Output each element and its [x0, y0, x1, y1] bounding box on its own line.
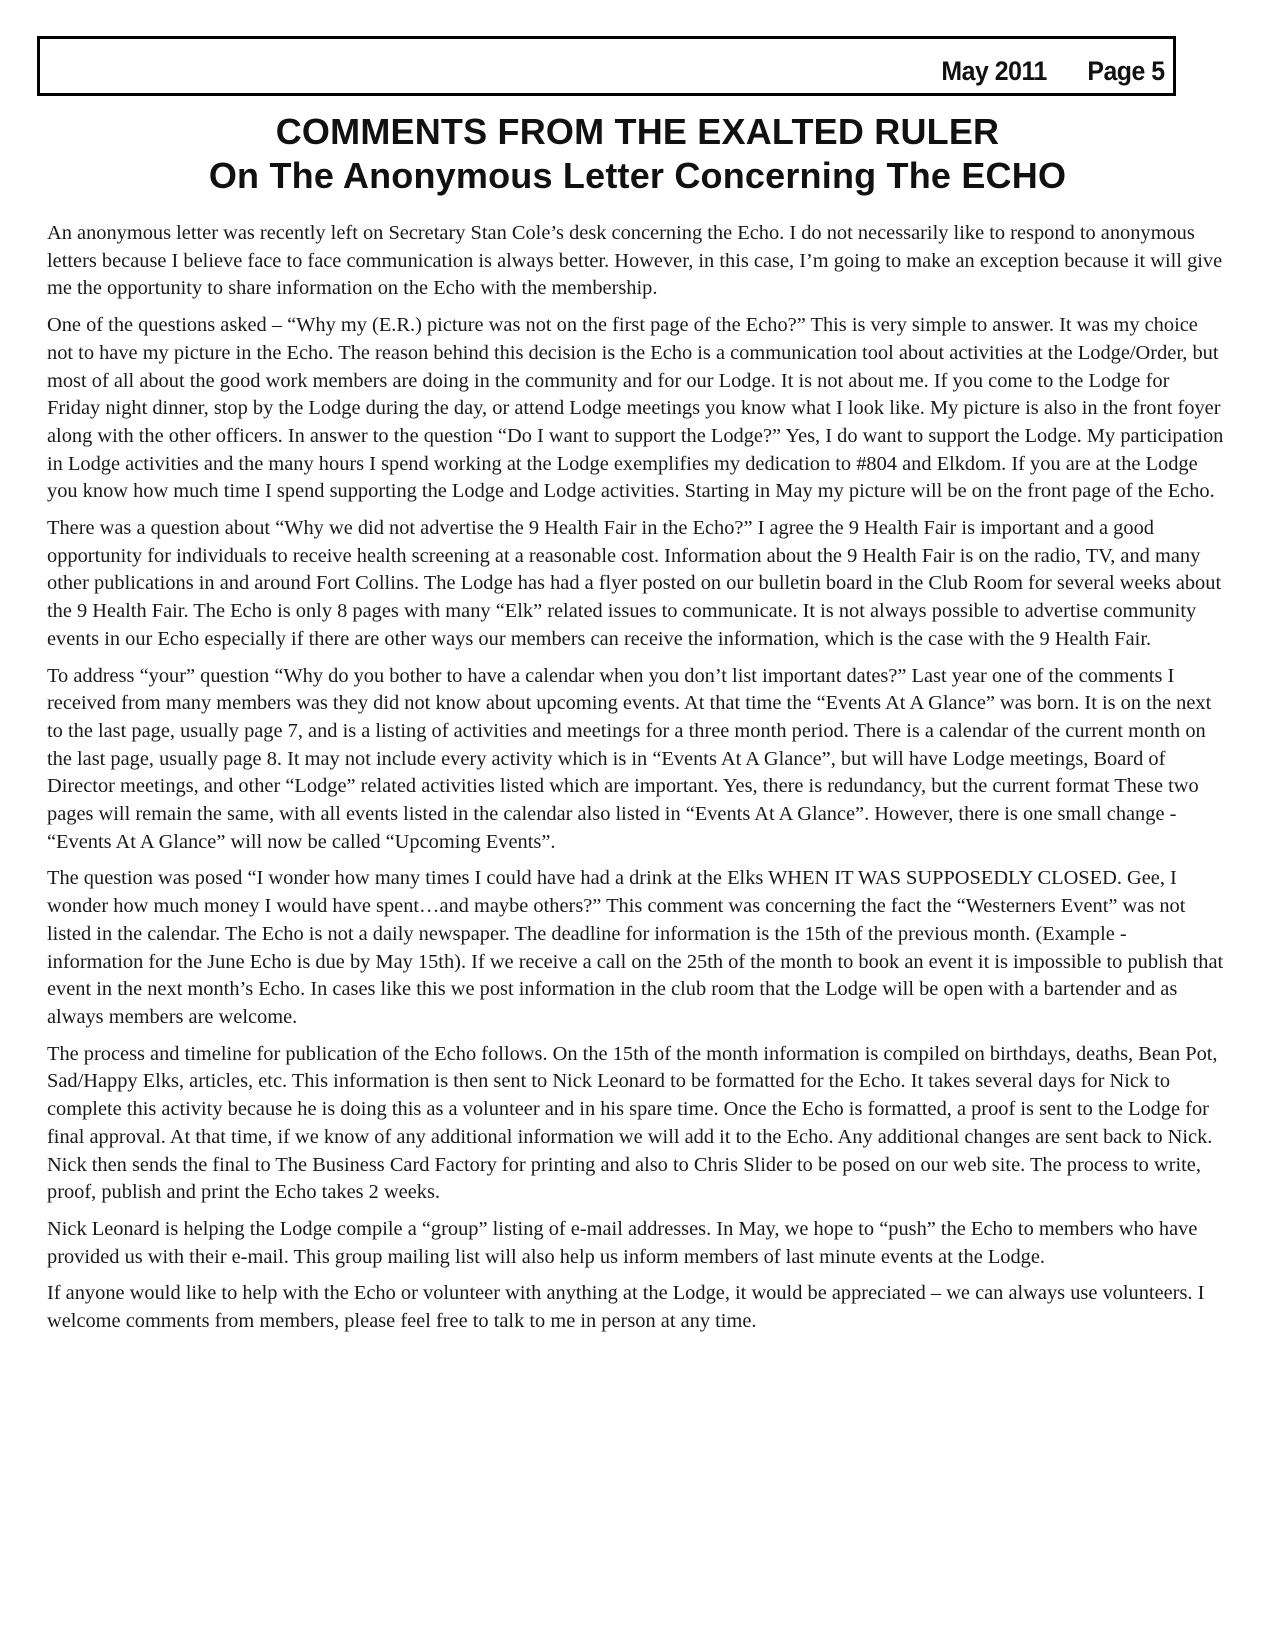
page-header-box: May 2011Page 5 — [37, 36, 1176, 96]
paragraph-westerners-event: The question was posed “I wonder how man… — [47, 865, 1227, 1031]
title-line-1: COMMENTS FROM THE EXALTED RULER — [0, 110, 1275, 154]
paragraph-publication-process: The process and timeline for publication… — [47, 1041, 1227, 1207]
page-header-meta: May 2011Page 5 — [942, 56, 1165, 87]
paragraph-health-fair: There was a question about “Why we did n… — [47, 515, 1227, 654]
title-line-2: On The Anonymous Letter Concerning The E… — [0, 154, 1275, 198]
article-title: COMMENTS FROM THE EXALTED RULER On The A… — [0, 110, 1275, 198]
paragraph-intro: An anonymous letter was recently left on… — [47, 220, 1227, 303]
paragraph-picture: One of the questions asked – “Why my (E.… — [47, 312, 1227, 506]
paragraph-email-list: Nick Leonard is helping the Lodge compil… — [47, 1216, 1227, 1271]
page-number: Page 5 — [1088, 56, 1165, 86]
article-body: An anonymous letter was recently left on… — [47, 220, 1227, 1345]
paragraph-volunteers: If anyone would like to help with the Ec… — [47, 1280, 1227, 1335]
paragraph-calendar: To address “your” question “Why do you b… — [47, 663, 1227, 857]
issue-date: May 2011 — [942, 56, 1047, 86]
